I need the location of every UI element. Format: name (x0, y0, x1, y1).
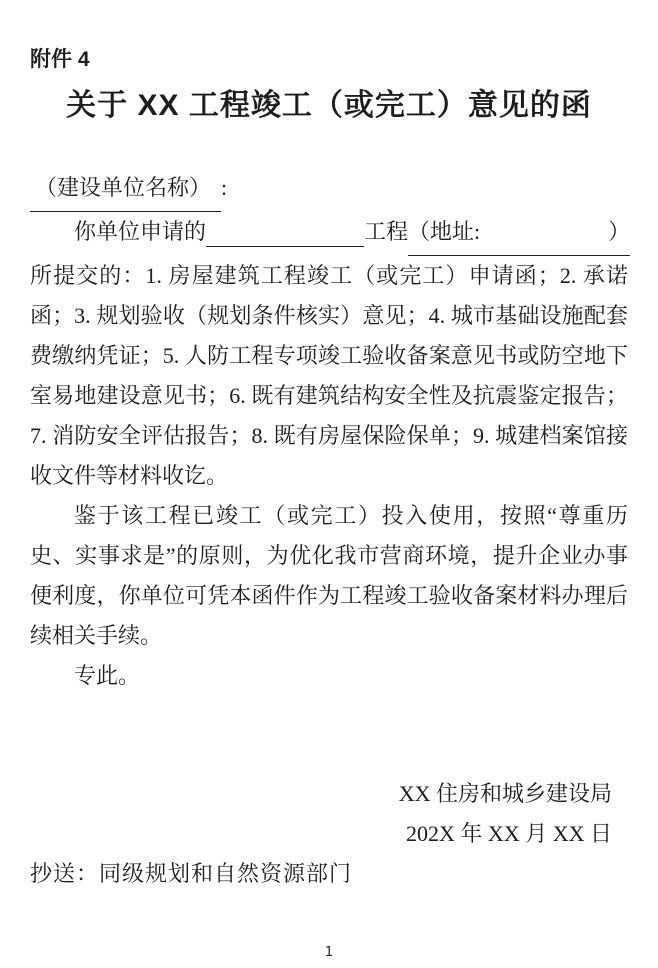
project-name-blank (206, 222, 364, 247)
project-line-middle: 工程 (364, 219, 408, 244)
project-fill-line: 你单位申请的工程（地址:） (30, 212, 644, 256)
address-underlined-segment: （地址:） (408, 212, 630, 256)
attachment-label: 附件 4 (30, 46, 628, 74)
document-page: 附件 4 关于 XX 工程竣工（或完工）意见的函 （建设单位名称）: 你单位申请… (0, 0, 658, 968)
org-name-underlined-blank: （建设单位名称） (30, 168, 221, 212)
salutation-colon: : (221, 175, 227, 200)
address-close-paren: ） (608, 219, 630, 244)
page-number: 1 (0, 945, 658, 960)
signature-org: XX 住房和城乡建设局 (30, 774, 612, 814)
cc-line: 抄送：同级规划和自然资源部门 (30, 854, 628, 894)
document-title: 关于 XX 工程竣工（或完工）意见的函 (30, 84, 628, 128)
closing-phrase: 专此。 (30, 656, 628, 696)
signature-date: 202X 年 XX 月 XX 日 (30, 814, 612, 854)
salutation-line: （建设单位名称）: (30, 168, 628, 212)
statement-paragraph: 鉴于该工程已竣工（或完工）投入使用，按照“尊重历史、实事求是”的原则，为优化我市… (30, 496, 628, 656)
address-label: （地址: (408, 219, 480, 244)
project-line-prefix: 你单位申请的 (74, 219, 206, 244)
materials-paragraph: 所提交的：1. 房屋建筑工程竣工（或完工）申请函；2. 承诺函；3. 规划验收（… (30, 256, 628, 496)
signature-block: XX 住房和城乡建设局 202X 年 XX 月 XX 日 (30, 774, 628, 854)
